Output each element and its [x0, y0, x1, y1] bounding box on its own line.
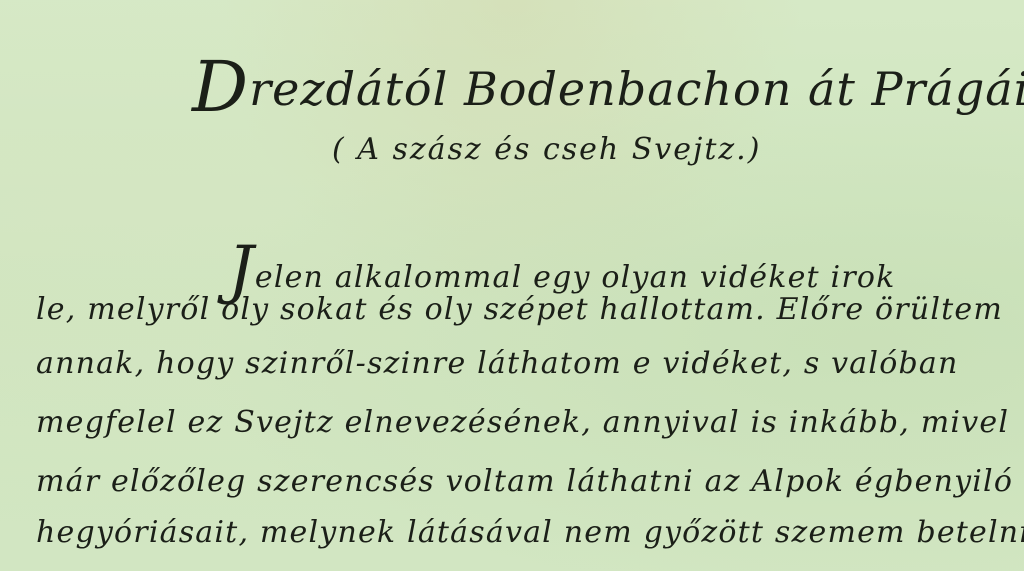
paragraph-line-1-text: elen alkalommal egy olyan vidéket irok	[255, 260, 896, 295]
paragraph-line-2: le, melyről oly sokat és oly szépet hall…	[36, 292, 1003, 327]
document-subtitle: ( A szász és cseh Svejtz.)	[332, 132, 761, 167]
paragraph-line-3: annak, hogy szinről-szinre láthatom e vi…	[36, 346, 958, 381]
paragraph-line-6: hegyóriásait, melynek látásával nem győz…	[36, 515, 1024, 550]
manuscript-page: Drezdától Bodenbachon át Prágáig. ( A sz…	[0, 0, 1024, 571]
title-text: rezdától Bodenbachon át Prágáig.	[249, 62, 1024, 116]
document-title: Drezdától Bodenbachon át Prágáig.	[192, 52, 1024, 122]
paragraph-line-5: már előzőleg szerencsés voltam láthatni …	[36, 464, 1013, 499]
title-initial: D	[192, 46, 249, 128]
paragraph-line-4: megfelel ez Svejtz elnevezésének, annyiv…	[36, 405, 1009, 440]
